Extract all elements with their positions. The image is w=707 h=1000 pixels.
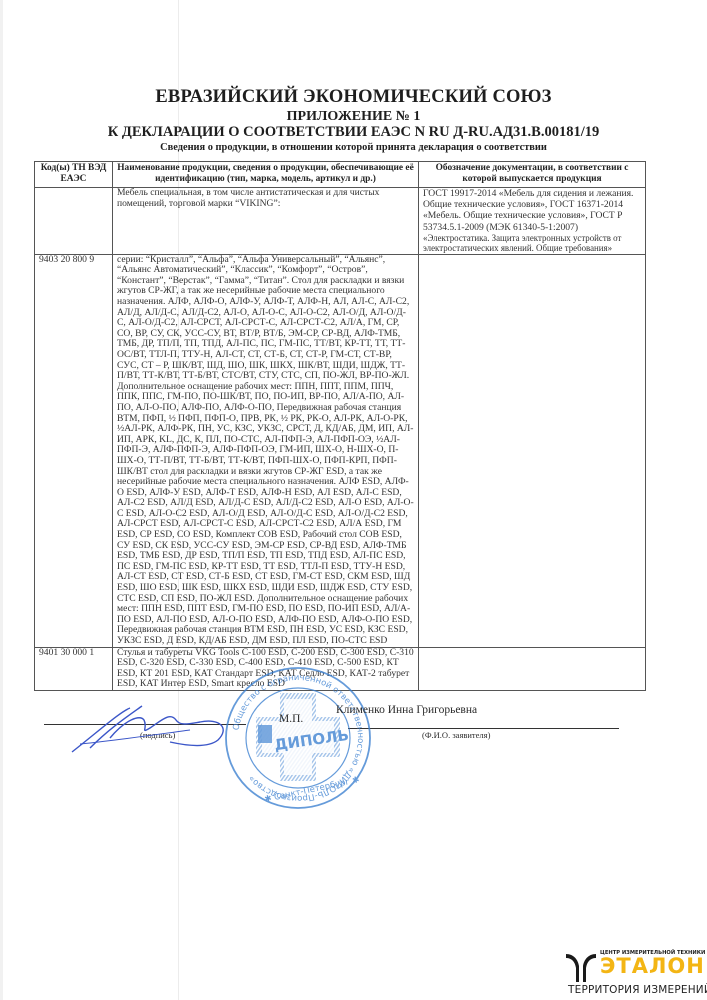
- declaration-title: К ДЕКЛАРАЦИИ О СООТВЕТСТВИИ ЕАЭС N RU Д-…: [0, 124, 707, 141]
- table-row: Мебель специальная, в том числе антистат…: [35, 188, 646, 255]
- stamp-place-label: М.П.: [279, 713, 303, 725]
- table-header-row: Код(ы) ТН ВЭД ЕАЭС Наименование продукци…: [35, 162, 646, 188]
- name-caption: (Ф.И.О. заявителя): [422, 730, 490, 740]
- etalon-watermark-logo: ЦЕНТР ИЗМЕРИТЕЛЬНОЙ ТЕХНИКИ ЭТАЛОН ТЕРРИ…: [560, 950, 707, 1000]
- appendix-title: ПРИЛОЖЕНИЕ № 1: [0, 109, 707, 125]
- row-documentation: [419, 647, 646, 690]
- company-stamp: Общество с ограниченной ответственностью…: [222, 665, 374, 811]
- handwritten-signature: [70, 700, 230, 755]
- column-header-documentation: Обозначение документации, в соответствии…: [419, 162, 646, 188]
- etalon-logo-mark-icon: [564, 952, 598, 982]
- row-product: серии: “Кристалл”, “Альфа”, “Альфа Униве…: [113, 254, 419, 647]
- name-line: [348, 728, 619, 729]
- row-code: [35, 188, 113, 255]
- logo-main-text: ЭТАЛОН: [600, 954, 705, 978]
- column-header-product: Наименование продукции, сведения о проду…: [113, 162, 419, 188]
- logo-bottom-line: ТЕРРИТОРИЯ ИЗМЕРЕНИЙ: [568, 984, 707, 996]
- row-product: Мебель специальная, в том числе антистат…: [113, 188, 419, 255]
- documentation-electrostatics: «Электростатика. Защита электронных устр…: [423, 233, 641, 254]
- row-documentation: ГОСТ 19917-2014 «Мебель для сидения и ле…: [419, 188, 646, 255]
- union-title: ЕВРАЗИЙСКИЙ ЭКОНОМИЧЕСКИЙ СОЮЗ: [0, 87, 707, 108]
- row-code: 9403 20 800 9: [35, 254, 113, 647]
- documentation-standards: ГОСТ 19917-2014 «Мебель для сидения и ле…: [423, 188, 641, 233]
- document-subtitle: Сведения о продукции, в отношении которо…: [0, 142, 707, 153]
- table-row: 9403 20 800 9 серии: “Кристалл”, “Альфа”…: [35, 254, 646, 647]
- column-header-code: Код(ы) ТН ВЭД ЕАЭС: [35, 162, 113, 188]
- signer-name: Клименко Инна Григорьевна: [336, 704, 477, 716]
- row-code: 9401 30 000 1: [35, 647, 113, 690]
- products-table: Код(ы) ТН ВЭД ЕАЭС Наименование продукци…: [34, 161, 646, 691]
- row-documentation: [419, 254, 646, 647]
